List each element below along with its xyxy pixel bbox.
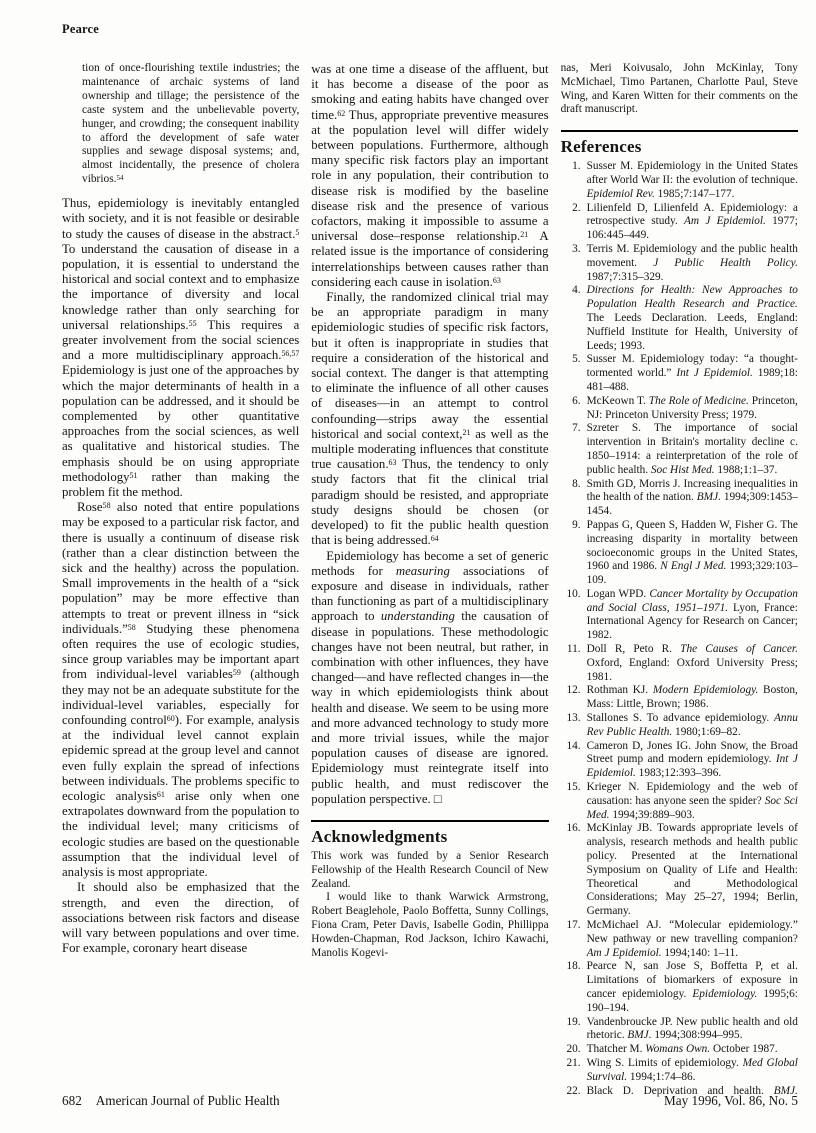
column-3: nas, Meri Koivusalo, John McKinlay, Tony…	[561, 62, 798, 1098]
reference-text: Doll R, Peto R. The Causes of Cancer. Ox…	[587, 643, 798, 683]
reference-item: 7. Szreter S. The importance of social i…	[561, 422, 798, 477]
reference-item: 21. Wing S. Limits of epidemiology. Med …	[561, 1057, 798, 1085]
reference-text: Directions for Health: New Approaches to…	[587, 284, 798, 351]
reference-item: 5. Susser M. Epidemiology today: “a thou…	[561, 353, 798, 394]
reference-text: Terris M. Epidemiology and the public he…	[587, 243, 798, 283]
page-columns: tion of once-flourishing textile industr…	[62, 62, 798, 1098]
reference-item: 2. Lilienfeld D, Lilienfeld A. Epidemiol…	[561, 202, 798, 243]
reference-text: Pearce N, san Jose S, Boffetta P, et al.…	[587, 960, 798, 1013]
journal-page: Pearce tion of once-flourishing textile …	[0, 0, 816, 1133]
reference-item: 19. Vandenbroucke JP. New public health …	[561, 1016, 798, 1044]
reference-item: 16. McKinlay JB. Towards appropriate lev…	[561, 822, 798, 919]
acknowledgments-paragraph: I would like to thank Warwick Armstrong,…	[311, 891, 548, 960]
body-paragraph: Rose58 also noted that entire population…	[62, 500, 299, 880]
reference-text: Pappas G, Queen S, Hadden W, Fisher G. T…	[587, 519, 798, 586]
reference-number: 11.	[561, 643, 581, 657]
acknowledgments-continuation: nas, Meri Koivusalo, John McKinlay, Tony…	[561, 62, 798, 117]
reference-number: 6.	[561, 395, 581, 409]
reference-item: 9. Pappas G, Queen S, Hadden W, Fisher G…	[561, 519, 798, 588]
reference-number: 1.	[561, 160, 581, 174]
reference-number: 18.	[561, 960, 581, 974]
reference-item: 4. Directions for Health: New Approaches…	[561, 284, 798, 353]
reference-number: 8.	[561, 478, 581, 492]
reference-text: Cameron D, Jones IG. John Snow, the Broa…	[587, 740, 798, 780]
section-divider	[561, 130, 798, 132]
acknowledgments-heading: Acknowledgments	[311, 827, 548, 847]
reference-item: 1. Susser M. Epidemiology in the United …	[561, 160, 798, 201]
reference-text: McKinlay JB. Towards appropriate levels …	[587, 822, 798, 917]
reference-text: McMichael AJ. “Molecular epidemiology.” …	[587, 919, 798, 959]
reference-item: 10. Logan WPD. Cancer Mortality by Occup…	[561, 588, 798, 643]
reference-number: 4.	[561, 284, 581, 298]
reference-text: Thatcher M. Womans Own. October 1987.	[587, 1043, 778, 1055]
reference-text: Vandenbroucke JP. New public health and …	[587, 1016, 798, 1042]
body-paragraph: Thus, epidemiology is inevitably entangl…	[62, 196, 299, 500]
body-paragraph: It should also be emphasized that the st…	[62, 880, 299, 956]
reference-number: 12.	[561, 684, 581, 698]
page-number: 682	[62, 1093, 82, 1108]
page-footer: 682American Journal of Public Health May…	[62, 1093, 798, 1109]
column-1: tion of once-flourishing textile industr…	[62, 62, 299, 1098]
journal-title: American Journal of Public Health	[96, 1093, 280, 1108]
reference-number: 7.	[561, 422, 581, 436]
reference-number: 20.	[561, 1043, 581, 1057]
section-divider	[311, 820, 548, 822]
reference-text: Susser M. Epidemiology today: “a thought…	[587, 353, 798, 393]
block-quote: tion of once-flourishing textile industr…	[82, 62, 299, 187]
reference-item: 15. Krieger N. Epidemiology and the web …	[561, 781, 798, 822]
reference-number: 19.	[561, 1016, 581, 1030]
reference-text: Lilienfeld D, Lilienfeld A. Epidemiology…	[587, 202, 798, 242]
reference-item: 11. Doll R, Peto R. The Causes of Cancer…	[561, 643, 798, 684]
reference-item: 13. Stallones S. To advance epidemiology…	[561, 712, 798, 740]
reference-number: 17.	[561, 919, 581, 933]
reference-number: 2.	[561, 202, 581, 216]
body-paragraph: Epidemiology has become a set of generic…	[311, 549, 548, 807]
reference-text: Smith GD, Morris J. Increasing inequalit…	[587, 478, 798, 518]
footer-left: 682American Journal of Public Health	[62, 1093, 280, 1109]
reference-text: Krieger N. Epidemiology and the web of c…	[587, 781, 798, 821]
reference-item: 6. McKeown T. The Role of Medicine. Prin…	[561, 395, 798, 423]
references-list: 1. Susser M. Epidemiology in the United …	[561, 160, 798, 1098]
reference-number: 13.	[561, 712, 581, 726]
reference-item: 12. Rothman KJ. Modern Epidemiology. Bos…	[561, 684, 798, 712]
running-head-author: Pearce	[62, 22, 798, 37]
references-heading: References	[561, 137, 798, 157]
body-paragraph: Finally, the randomized clinical trial m…	[311, 290, 548, 548]
reference-item: 20. Thatcher M. Womans Own. October 1987…	[561, 1043, 798, 1057]
column-2: was at one time a disease of the affluen…	[311, 62, 548, 1098]
reference-text: Wing S. Limits of epidemiology. Med Glob…	[587, 1057, 798, 1083]
reference-item: 8. Smith GD, Morris J. Increasing inequa…	[561, 478, 798, 519]
reference-item: 17. McMichael AJ. “Molecular epidemiolog…	[561, 919, 798, 960]
reference-text: Susser M. Epidemiology in the United Sta…	[587, 160, 798, 200]
reference-number: 10.	[561, 588, 581, 602]
reference-item: 3. Terris M. Epidemiology and the public…	[561, 243, 798, 284]
reference-number: 15.	[561, 781, 581, 795]
issue-info: May 1996, Vol. 86, No. 5	[664, 1093, 798, 1109]
reference-number: 21.	[561, 1057, 581, 1071]
reference-number: 3.	[561, 243, 581, 257]
reference-item: 14. Cameron D, Jones IG. John Snow, the …	[561, 740, 798, 781]
reference-number: 5.	[561, 353, 581, 367]
reference-text: Rothman KJ. Modern Epidemiology. Boston,…	[587, 684, 798, 710]
reference-text: Szreter S. The importance of social inte…	[587, 422, 798, 475]
reference-number: 9.	[561, 519, 581, 533]
reference-number: 14.	[561, 740, 581, 754]
reference-number: 16.	[561, 822, 581, 836]
acknowledgments-paragraph: This work was funded by a Senior Researc…	[311, 850, 548, 891]
reference-item: 18. Pearce N, san Jose S, Boffetta P, et…	[561, 960, 798, 1015]
reference-text: McKeown T. The Role of Medicine. Princet…	[587, 395, 798, 421]
reference-text: Logan WPD. Cancer Mortality by Occupatio…	[587, 588, 798, 641]
reference-text: Stallones S. To advance epidemiology. An…	[587, 712, 798, 738]
body-paragraph: was at one time a disease of the affluen…	[311, 62, 548, 290]
